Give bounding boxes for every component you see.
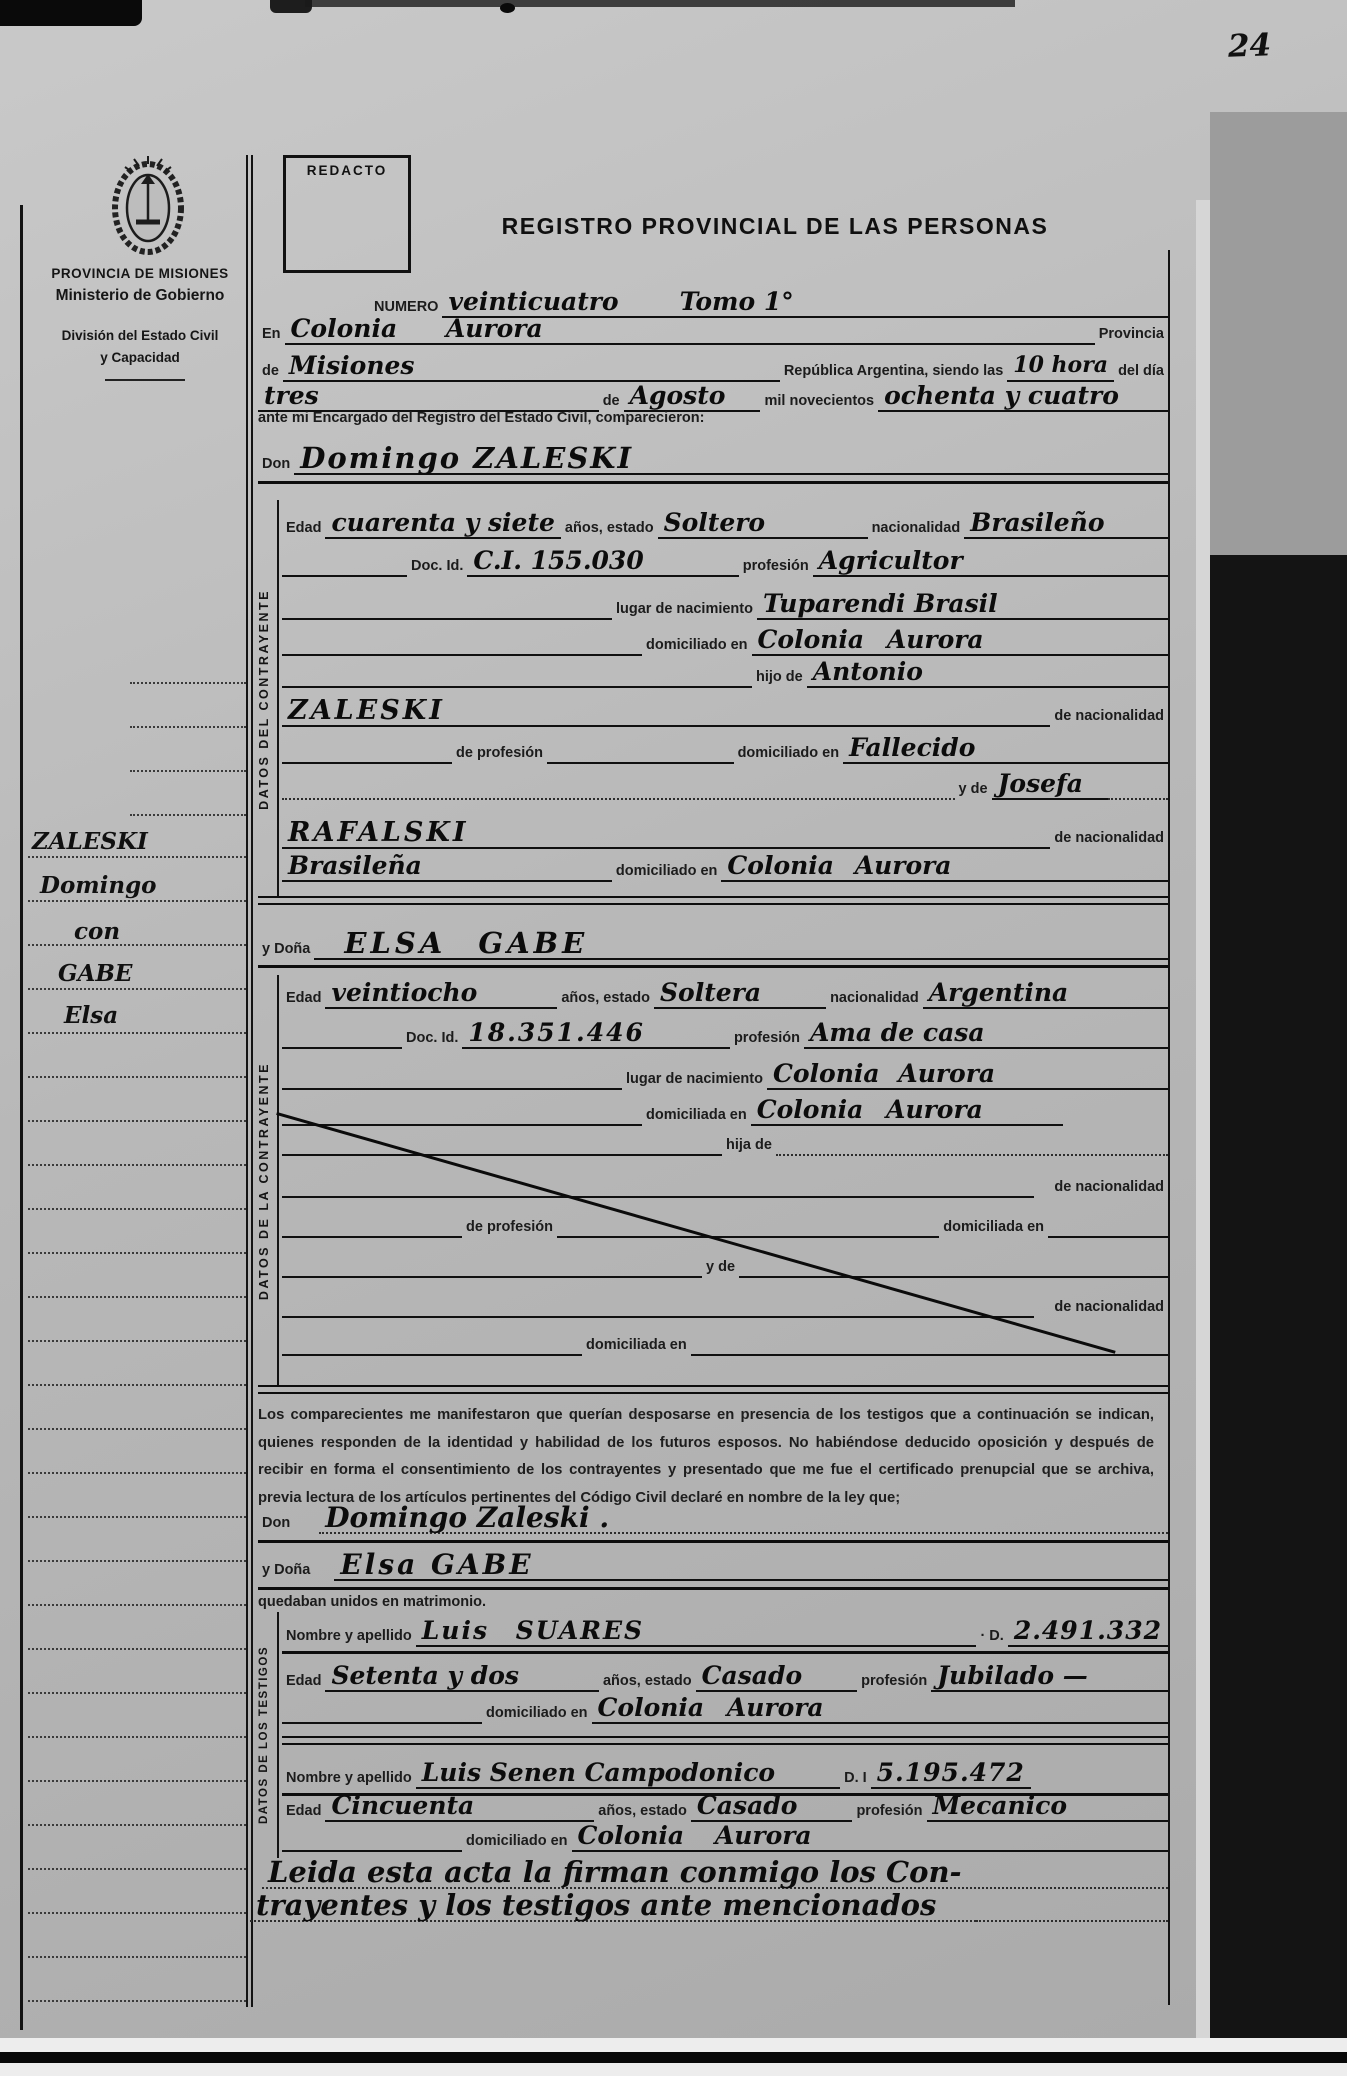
- witness1-name-value: Luis SUARES: [416, 1616, 679, 1647]
- bride-nacimiento-value: Colonia Aurora: [767, 1059, 1168, 1090]
- groom-section-label: DATOS DEL CONTRAYENTE: [250, 500, 279, 898]
- line: [28, 1252, 246, 1254]
- don-label: Don: [258, 456, 294, 475]
- line: [28, 1208, 246, 1210]
- nombre-apellido-label: Nombre y apellido: [282, 1770, 416, 1789]
- profesion-label: profesión: [857, 1673, 931, 1692]
- acta-paragraph: Los comparecientes me manifestaron que q…: [258, 1402, 1154, 1512]
- line: [1108, 798, 1168, 800]
- line: [282, 1276, 702, 1278]
- profesion-label: profesión: [739, 558, 813, 577]
- line: [282, 1236, 462, 1238]
- bride-domicilio-value: Colonia Aurora: [751, 1095, 1013, 1126]
- line: [515, 725, 1051, 727]
- coat-of-arms-icon: [103, 154, 193, 258]
- scan-artifact: [305, 0, 1015, 7]
- bride-estado-value: Soltera: [654, 978, 791, 1009]
- lugar-row: En Colonia Aurora Provincia: [258, 313, 1168, 345]
- y-dona-label: y Doña: [258, 941, 314, 960]
- line: [28, 1912, 246, 1914]
- groom-madre-domicilio-row: Brasileña domiciliado en Colonia Aurora: [282, 850, 1168, 882]
- line: [879, 1722, 1168, 1724]
- heavy-rule: [258, 1587, 1168, 1590]
- line: [282, 618, 612, 620]
- edad-label: Edad: [282, 1673, 325, 1692]
- org-line-4: y Capacidad: [28, 350, 252, 365]
- line: [28, 1560, 246, 1562]
- groom-edad-row: Edad cuarenta y siete años, estado Solte…: [282, 507, 1168, 539]
- groom-doc-row: Doc. Id. C.I. 155.030 profesión Agricult…: [282, 545, 1168, 577]
- heavy-rule: [258, 481, 1168, 484]
- line: [282, 1850, 462, 1852]
- line: [791, 1007, 826, 1009]
- witness1-profesion-value: Jubilado —: [931, 1661, 1168, 1692]
- line: [557, 1236, 939, 1238]
- sidebar-right-border: [246, 155, 248, 2007]
- line: [603, 343, 1095, 345]
- bride-doc-row: Doc. Id. 18.351.446 profesión Ama de cas…: [282, 1017, 1168, 1049]
- hora-value: 10 hora: [1007, 351, 1114, 382]
- groom-padre-domicilio-value: Fallecido: [843, 733, 1168, 764]
- witness1-domicilio-row: domiciliado en Colonia Aurora: [282, 1692, 1168, 1724]
- line: [679, 1645, 976, 1647]
- y-de-label: y de: [702, 1259, 739, 1278]
- margin-index-surname-groom: ZALESKI: [32, 828, 148, 855]
- en-label: En: [258, 326, 285, 345]
- bride-profesion-value: Ama de casa: [804, 1018, 1168, 1049]
- witness1-domicilio-value: Colonia Aurora: [592, 1693, 879, 1724]
- line: [685, 1047, 730, 1049]
- heavy-rule: [282, 1651, 1168, 1654]
- line: [28, 1428, 246, 1430]
- line: [28, 856, 246, 858]
- bride-edad-value: veintiocho: [325, 978, 512, 1009]
- line: [28, 1296, 246, 1298]
- witness2-doc-value: 5.195.472: [871, 1758, 1031, 1789]
- groom-profesion-value: Agricultor: [813, 546, 1168, 577]
- line: [28, 1692, 246, 1694]
- witness2-edad-value: Cincuenta: [325, 1791, 509, 1822]
- line: [28, 1824, 246, 1826]
- witnesses-section-label: DATOS DE LOS TESTIGOS: [250, 1612, 279, 1858]
- org-line-1: PROVINCIA DE MISIONES: [28, 266, 252, 281]
- domiciliada-en-label: domiciliada en: [582, 1337, 691, 1356]
- closing-text-2: trayentes y los testigos ante mencionado…: [250, 1891, 976, 1922]
- page-number: 24: [1227, 27, 1271, 64]
- dona-nombre-value: ELSA GABE: [314, 929, 648, 960]
- lugar-nacimiento-label: lugar de nacimiento: [612, 601, 757, 620]
- witness2-domicilio-value: Colonia Aurora: [572, 1821, 1168, 1852]
- line: [482, 880, 612, 882]
- don-firma-row: Don Domingo Zaleski .: [258, 1498, 1168, 1534]
- line: [130, 770, 246, 772]
- bride-doc-value: 18.351.446: [462, 1018, 685, 1049]
- fecha-row: tres de Agosto mil novecientos ochenta y…: [258, 380, 1168, 412]
- y-de-label: y de: [955, 781, 992, 800]
- de-profesion-label: de profesión: [462, 1219, 557, 1238]
- domiciliado-en-label: domiciliado en: [642, 637, 752, 656]
- redacto-stamp-box: REDACTO: [283, 155, 411, 273]
- line: [28, 1384, 246, 1386]
- line: [28, 944, 246, 946]
- section-divider-rule: [282, 1736, 1168, 1745]
- line: [547, 762, 734, 764]
- scan-background-band: [1210, 112, 1347, 560]
- scan-bottom-line: [0, 2052, 1347, 2063]
- groom-estado-value: Soltero: [658, 508, 811, 539]
- line: [28, 1736, 246, 1738]
- don-firma-value: Domingo Zaleski .: [319, 1503, 1168, 1534]
- groom-nacimiento-row: lugar de nacimiento Tuparendi Brasil: [282, 588, 1168, 620]
- margin-index-name-bride: Elsa: [64, 1002, 118, 1029]
- org-line-2: Ministerio de Gobierno: [28, 287, 252, 305]
- scan-paper-edge: [1196, 200, 1210, 2045]
- scanned-civil-registry-page: 24 PROVINCIA DE MISIONES Ministerio de G…: [0, 0, 1347, 2076]
- groom-madre-value: Josefa: [992, 769, 1108, 800]
- dona-firma-row: y Doña Elsa GABE: [258, 1545, 1168, 1581]
- margin-index-surname-bride: GABE: [58, 960, 132, 987]
- bride-padre-nacionalidad-row: de nacionalidad: [282, 1168, 1168, 1198]
- section-divider-rule: [258, 1385, 1168, 1394]
- ante-mi-line: ante mi Encargado del Registro del Estad…: [258, 410, 704, 426]
- quedaban-line: quedaban unidos en matrimonio.: [258, 1594, 486, 1610]
- line: [282, 1722, 482, 1724]
- domiciliado-en-label: domiciliado en: [462, 1833, 572, 1852]
- anos-estado-label: años, estado: [561, 520, 658, 539]
- bride-padre-domicilio-row: de profesión domiciliada en: [282, 1208, 1168, 1238]
- edad-label: Edad: [282, 990, 325, 1009]
- de-nacionalidad-label: de nacionalidad: [1034, 1179, 1168, 1198]
- de-profesion-label: de profesión: [452, 745, 547, 764]
- margin-index-con: con: [74, 918, 120, 945]
- domiciliado-en-label: domiciliado en: [612, 863, 722, 882]
- doc-id-label: Doc. Id.: [407, 558, 467, 577]
- heavy-rule: [258, 965, 1168, 968]
- nombre-apellido-label: Nombre y apellido: [282, 1628, 416, 1647]
- form-title: REGISTRO PROVINCIAL DE LAS PERSONAS: [470, 213, 1080, 240]
- groom-padre-apellido-value: ZALESKI: [282, 696, 515, 727]
- line: [648, 958, 1168, 960]
- hijo-de-label: hijo de: [752, 669, 807, 688]
- witness2-estado-value: Casado: [691, 1791, 823, 1822]
- groom-nacionalidad-value: Brasileño: [964, 508, 1168, 539]
- groom-hijo-row: hijo de Antonio: [282, 656, 1168, 688]
- scan-artifact: [0, 0, 142, 26]
- groom-doc-value: C.I. 155.030: [467, 546, 668, 577]
- hija-de-label: hija de: [722, 1137, 776, 1156]
- line: [282, 1316, 1034, 1318]
- witness1-estado-value: Casado: [696, 1661, 823, 1692]
- line: [28, 900, 246, 902]
- line: [512, 1007, 557, 1009]
- line: [130, 682, 246, 684]
- witness2-edad-row: Edad Cincuenta años, estado Casado profe…: [282, 1790, 1168, 1822]
- line: [282, 575, 407, 577]
- profesion-label: profesión: [730, 1030, 804, 1049]
- line: [776, 1154, 1168, 1156]
- groom-edad-value: cuarenta y siete: [325, 508, 560, 539]
- line: [28, 1120, 246, 1122]
- line: [130, 726, 246, 728]
- groom-padre-domicilio-row: de profesión domiciliado en Fallecido: [282, 732, 1168, 764]
- de-nacionalidad-label: de nacionalidad: [1050, 830, 1168, 849]
- line: [559, 847, 1051, 849]
- line: [282, 686, 752, 688]
- witness1-doc-value: 2.491.332: [1008, 1616, 1168, 1647]
- bride-madre-row: y de: [282, 1248, 1168, 1278]
- groom-domicilio-row: domiciliado en Colonia Aurora: [282, 624, 1168, 656]
- nacionalidad-label: nacionalidad: [826, 990, 923, 1009]
- line: [28, 1076, 246, 1078]
- line: [282, 1088, 622, 1090]
- di-label: D. I: [840, 1770, 871, 1789]
- mes-value: Agosto: [624, 381, 761, 412]
- line: [28, 988, 246, 990]
- line: [28, 1648, 246, 1650]
- form-right-border: [1168, 250, 1170, 2005]
- groom-madre-row: y de Josefa: [282, 768, 1168, 800]
- witness1-edad-value: Setenta y dos: [325, 1661, 544, 1692]
- groom-madre-nacionalidad-value: Brasileña: [282, 851, 482, 882]
- dona-firma-value: Elsa GABE: [334, 1550, 1168, 1581]
- line: [28, 1956, 246, 1958]
- bride-domicilio-row: domiciliada en Colonia Aurora: [282, 1094, 1168, 1126]
- dia-value: tres: [258, 381, 439, 412]
- line: [282, 762, 452, 764]
- redacto-label: REDACTO: [307, 163, 388, 178]
- line: [130, 814, 246, 816]
- org-divider: [105, 379, 185, 381]
- line: [282, 1196, 1034, 1198]
- nacionalidad-label: nacionalidad: [868, 520, 965, 539]
- scan-artifact: [500, 3, 515, 13]
- line: [28, 1032, 246, 1034]
- line: [282, 1154, 722, 1156]
- witness1-edad-row: Edad Setenta y dos años, estado Casado p…: [282, 1660, 1168, 1692]
- lugar-value: Colonia Aurora: [285, 314, 603, 345]
- line: [28, 1604, 246, 1606]
- line: [28, 1472, 246, 1474]
- domiciliado-en-label: domiciliado en: [482, 1705, 592, 1724]
- witness2-name-value: Luis Senen Campodonico: [416, 1758, 795, 1789]
- bride-section-label: DATOS DE LA CONTRAYENTE: [250, 975, 279, 1387]
- anio-value: ochenta y cuatro: [878, 381, 1168, 412]
- bride-edad-row: Edad veintiocho años, estado Soltera nac…: [282, 977, 1168, 1009]
- groom-madre-apellido-value: RAFALSKI: [282, 818, 559, 849]
- provincia-value: Misiones: [283, 351, 500, 382]
- line: [810, 537, 867, 539]
- dona-row: y Doña ELSA GABE: [258, 922, 1168, 960]
- de-nacionalidad-label: de nacionalidad: [1034, 1299, 1168, 1318]
- line: [795, 1787, 840, 1789]
- provincia-row: de Misiones República Argentina, siendo …: [258, 350, 1168, 382]
- groom-madre-apellido-row: RAFALSKI de nacionalidad: [282, 817, 1168, 849]
- bride-nacimiento-row: lugar de nacimiento Colonia Aurora: [282, 1058, 1168, 1090]
- lugar-nacimiento-label: lugar de nacimiento: [622, 1071, 767, 1090]
- y-dona-label: y Doña: [258, 1562, 314, 1581]
- sidebar-left-border: [20, 205, 23, 2030]
- line: [669, 575, 739, 577]
- mil-novecientos-label: mil novecientos: [760, 393, 878, 412]
- heavy-rule: [258, 1540, 1168, 1543]
- de-nacionalidad-label: de nacionalidad: [1050, 708, 1168, 727]
- di-label: · D.: [976, 1628, 1007, 1647]
- line: [691, 1354, 1168, 1356]
- witness2-domicilio-row: domiciliado en Colonia Aurora: [282, 1820, 1168, 1852]
- witness1-name-row: Nombre y apellido Luis SUARES · D. 2.491…: [282, 1613, 1168, 1647]
- closing-handwriting-line2: trayentes y los testigos ante mencionado…: [250, 1886, 1168, 1922]
- line: [976, 1920, 1168, 1922]
- line: [28, 1340, 246, 1342]
- line: [28, 1780, 246, 1782]
- domiciliado-en-label: domiciliado en: [734, 745, 844, 764]
- line: [28, 1516, 246, 1518]
- edad-label: Edad: [282, 520, 325, 539]
- bride-madre-nacionalidad-row: de nacionalidad: [282, 1288, 1168, 1318]
- groom-padre-value: Antonio: [807, 657, 1168, 688]
- witness2-profesion-value: Mecanico: [927, 1791, 1169, 1822]
- don-label: Don: [258, 1515, 294, 1534]
- org-line-3: División del Estado Civil: [28, 328, 252, 343]
- bride-nacionalidad-value: Argentina: [923, 978, 1168, 1009]
- don-row: Don Domingo ZALESKI: [258, 437, 1168, 475]
- anos-estado-label: años, estado: [599, 1673, 696, 1692]
- line: [282, 798, 955, 800]
- closing-text-1: Leida esta acta la firman conmigo los Co…: [262, 1858, 1168, 1889]
- line: [282, 1354, 582, 1356]
- line: [28, 2000, 246, 2002]
- anos-estado-label: años, estado: [557, 990, 654, 1009]
- closing-handwriting-line1: Leida esta acta la firman conmigo los Co…: [262, 1853, 1168, 1889]
- domiciliada-en-label: domiciliada en: [642, 1107, 751, 1126]
- provincia-label: Provincia: [1095, 326, 1168, 345]
- groom-domicilio-value: Colonia Aurora: [752, 625, 1168, 656]
- line: [28, 1868, 246, 1870]
- groom-nacimiento-value: Tuparendi Brasil: [757, 589, 1168, 620]
- scan-background-band-dark: [1210, 555, 1347, 2052]
- groom-padre-apellido-row: ZALESKI de nacionalidad: [282, 695, 1168, 727]
- witness2-name-row: Nombre y apellido Luis Senen Campodonico…: [282, 1755, 1168, 1789]
- don-nombre-value: Domingo ZALESKI: [294, 444, 1168, 475]
- line: [739, 1276, 1168, 1278]
- section-divider-rule: [258, 896, 1168, 905]
- line: [282, 1047, 402, 1049]
- margin-index-name-groom: Domingo: [40, 872, 157, 899]
- line: [1048, 1236, 1168, 1238]
- doc-id-label: Doc. Id.: [402, 1030, 462, 1049]
- domiciliada-en-label: domiciliada en: [939, 1219, 1048, 1238]
- line: [28, 1164, 246, 1166]
- groom-madre-domicilio-value: Colonia Aurora: [721, 851, 1168, 882]
